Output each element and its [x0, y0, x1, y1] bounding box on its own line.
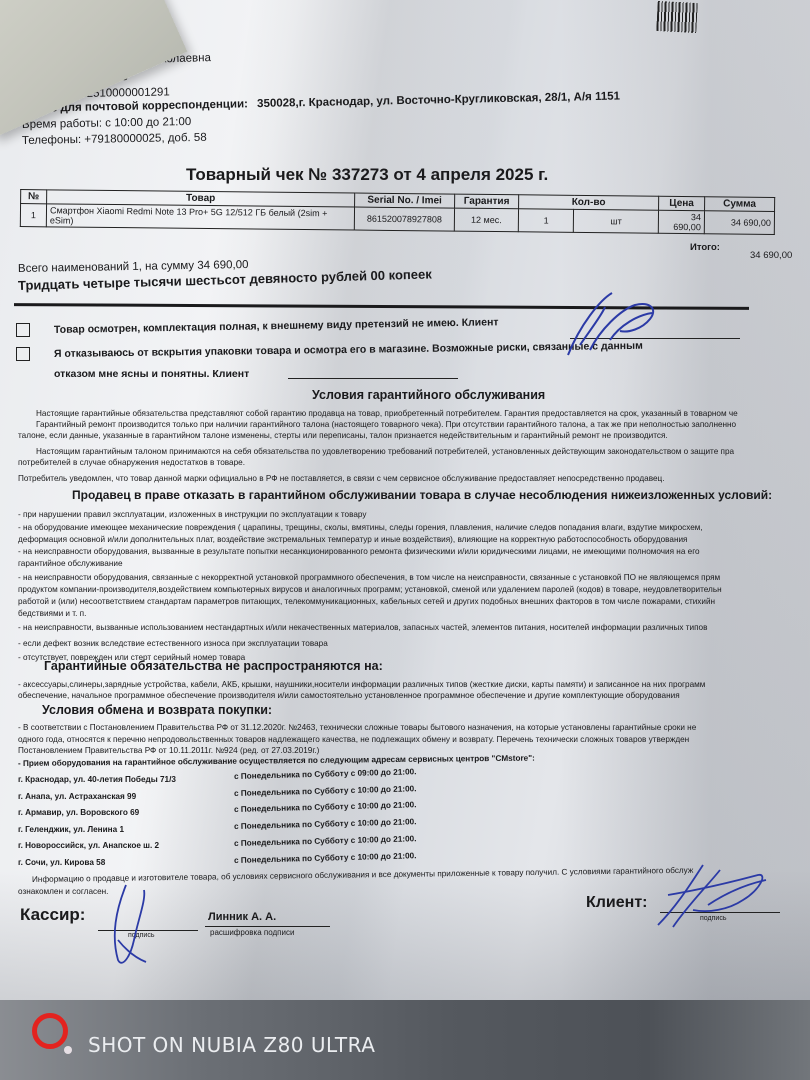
row-unit: шт [574, 209, 659, 233]
warranty-p1: Настоящие гарантийные обязательства пред… [36, 408, 738, 419]
row-product: Смартфон Xiaomi Redmi Note 13 Pro+ 5G 12… [46, 204, 354, 230]
warranty-p3b: потребителей в случае обнаружения недост… [18, 457, 245, 468]
exclusions-line-2: обеспечение, начальное программное обесп… [18, 690, 680, 701]
cashier-name-caption: расшифровка подписи [210, 928, 294, 937]
cashier-name-line [205, 926, 330, 927]
col-price: Цена [659, 196, 705, 210]
refusal-item: бедствиями и т. п. [18, 608, 86, 619]
refusal-item: - на неисправности, вызванные использова… [18, 622, 707, 633]
refusal-item: работой и (или) несоответствием стандарт… [18, 596, 715, 607]
refusal-heading: Продавец в праве отказать в гарантийном … [72, 488, 772, 502]
seller-hours: Время работы: с 10:00 до 21:00 [22, 115, 191, 133]
cashier-label: Кассир: [20, 905, 85, 925]
refusal-item: - при нарушении правил эксплуатации, изл… [18, 509, 366, 520]
row-num: 1 [20, 204, 46, 227]
refusal-item: продуктом компании-производителя,воздейс… [18, 584, 722, 595]
warranty-p2a: Гарантийный ремонт производится только п… [36, 419, 736, 430]
service-center-address: г. Анапа, ул. Астраханская 99 [18, 791, 136, 802]
exclusions-line-1: - аксессуары,слинеры,зарядные устройства… [18, 679, 705, 690]
refusal-item: деформация основной и/или дополнительных… [18, 534, 687, 545]
warranty-p2b: талоне, если данные, указанные в гаранти… [18, 430, 668, 441]
camera-watermark: SHOT ON NUBIA Z80 ULTRA [88, 1033, 375, 1057]
refusal-item: - на неисправности оборудования, вызванн… [18, 546, 700, 557]
barcode-icon [656, 1, 698, 33]
acknowledgement-line-2: ознакомлен и согласен. [18, 886, 108, 897]
warranty-p4: Потребитель уведомлен, что товар данной … [18, 473, 665, 484]
row-qty: 1 [518, 209, 574, 233]
warranty-p3a: Настоящим гарантийным талоном принимаютс… [36, 446, 734, 457]
checkbox-inspected[interactable] [16, 323, 30, 337]
row-price: 34 690,00 [658, 210, 704, 233]
col-sum: Сумма [705, 197, 775, 212]
service-center-address: г. Краснодар, ул. 40-летия Победы 71/3 [18, 774, 176, 785]
refusal-item: гарантийное обслуживание [18, 558, 123, 569]
client-signature-line [288, 378, 458, 379]
nubia-logo-icon [32, 1013, 68, 1049]
row-serial: 861520078927808 [354, 207, 454, 231]
items-table: № Товар Serial No. / Imei Гарантия Кол-в… [20, 189, 775, 235]
warranty-heading: Условия гарантийного обслуживания [312, 388, 545, 402]
refusal-item: - на неисправности оборудования, связанн… [18, 572, 720, 583]
col-num: № [21, 190, 47, 204]
service-center-address: г. Геленджик, ул. Ленина 1 [18, 824, 124, 835]
exclusions-heading: Гарантийные обязательства не распростран… [44, 659, 383, 673]
service-center-address: г. Армавир, ул. Воровского 69 [18, 807, 139, 818]
total-label: Итого: [690, 242, 720, 253]
receipt-paper: ...RE ...ласкирова Светлана Николаевна И… [0, 0, 810, 1000]
returns-line-1: - В соответствии с Постановлением Правит… [18, 722, 696, 733]
client-signature-icon [648, 855, 778, 935]
service-center-address: г. Сочи, ул. Кирова 58 [18, 857, 105, 868]
refusal-item: - на оборудование имеющее механические п… [18, 522, 703, 533]
returns-heading: Условия обмена и возврата покупки: [42, 703, 272, 717]
receipt-title: Товарный чек № 337273 от 4 апреля 2025 г… [186, 165, 548, 185]
col-qty: Кол-во [519, 195, 659, 210]
refusal-item: - если дефект возник вследствие естестве… [18, 638, 328, 649]
nubia-logo-dot-icon [64, 1046, 72, 1054]
total-value: 34 690,00 [750, 250, 792, 261]
cashier-name: Линник А. А. [208, 911, 276, 923]
col-warranty: Гарантия [455, 194, 519, 209]
returns-line-2: одного года, относятся к перечню непродо… [18, 734, 689, 745]
service-center-address: г. Новороссийск, ул. Анапское ш. 2 [18, 840, 159, 851]
client-label: Клиент: [586, 894, 648, 912]
row-sum: 34 690,00 [704, 211, 774, 235]
col-serial: Serial No. / Imei [355, 193, 455, 208]
row-warranty: 12 мес. [454, 208, 518, 232]
checkbox-refuse-label-cont: отказом мне ясны и понятны. Клиент [54, 368, 249, 380]
checkbox-refuse-inspection[interactable] [16, 347, 30, 361]
client-signature-icon [550, 285, 670, 375]
cashier-signature-icon [96, 880, 166, 970]
seller-phones: Телефоны: +79180000025, доб. 58 [22, 131, 207, 149]
